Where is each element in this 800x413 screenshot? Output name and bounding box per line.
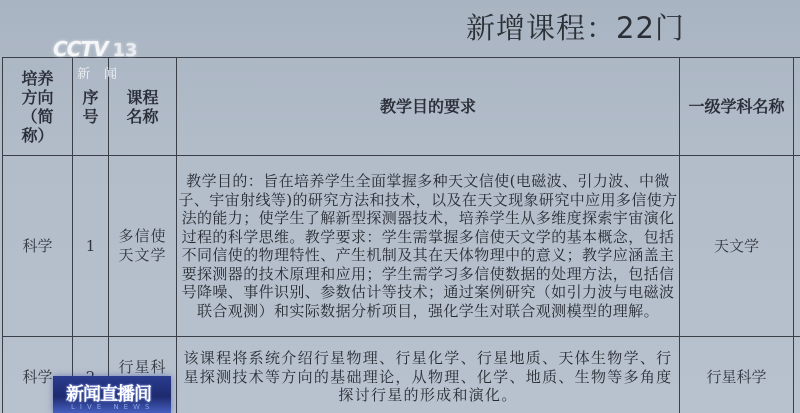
header-direction-label: 培养方向（简称） (16, 69, 60, 145)
course-table: 培养方向（简称） 序号 课程名称 教学目的要求 一级学科名称 讠 科学 1 多信… (2, 57, 800, 413)
header-truncated-label: 讠 (796, 97, 800, 116)
cell-discipline: 行星科学 (680, 337, 794, 413)
cctv-brand: CCTV (53, 37, 107, 61)
course-name-label: 多信使天文学 (115, 227, 171, 265)
cell-requirements: 教学目的：旨在培养学生全面掌握多种天文信使(电磁波、引力波、中微子、宇宙射线等)… (177, 156, 680, 337)
cell-requirements: 该课程将系统介绍行星物理、行星化学、行星地质、天体生物学、行星探测技术等方向的基… (177, 337, 680, 413)
program-bug: 新闻直播间 LIVE NEWS (53, 376, 171, 413)
channel-subtitle: 新闻 (77, 63, 131, 82)
cell-discipline: 天文学 (680, 156, 794, 337)
header-discipline-label: 一级学科名称 (689, 97, 785, 116)
headline-caption: 新增课程：22门 (466, 6, 685, 47)
header-requirements: 教学目的要求 (177, 58, 680, 156)
table-row: 科学 1 多信使天文学 教学目的：旨在培养学生全面掌握多种天文信使(电磁波、引力… (3, 156, 800, 337)
header-truncated: 讠 (794, 58, 800, 156)
channel-number: 13 (112, 40, 137, 61)
cctv-logo: CCTV 13 (53, 37, 138, 61)
cell-direction: 科学 (3, 156, 73, 337)
cell-truncated: 生 (794, 337, 800, 413)
video-frame: 新增课程：22门 培养方向（简称） 序号 课程名称 教学目的要求 一级学科名称 … (0, 0, 800, 413)
cell-course-name: 多信使天文学 (109, 156, 177, 337)
header-discipline: 一级学科名称 (680, 58, 794, 156)
header-requirements-label: 教学目的要求 (380, 97, 476, 116)
cell-truncated: 生 (794, 156, 800, 337)
cell-index: 1 (73, 156, 109, 337)
header-course-name-label: 课程名称 (123, 88, 163, 126)
header-index-label: 序号 (81, 88, 101, 126)
header-direction: 培养方向（简称） (3, 58, 73, 156)
program-bug-subtitle: LIVE NEWS (71, 403, 154, 411)
